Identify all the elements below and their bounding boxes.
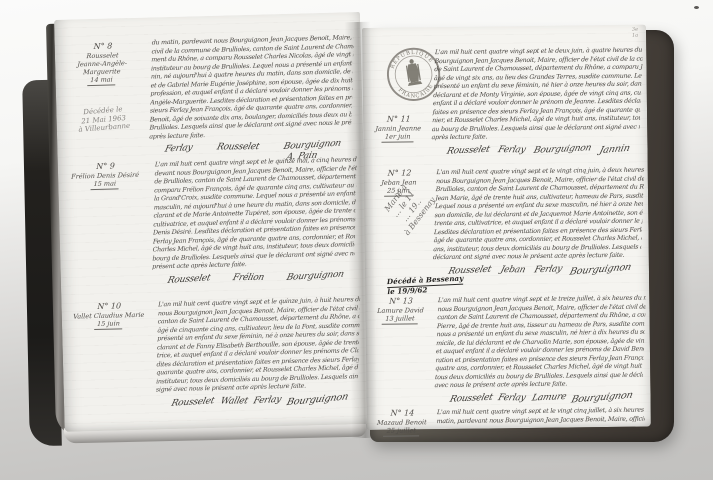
- signature: Bourguignon: [286, 269, 345, 283]
- act-body-14: L'an mil huit cent quatre vingt sept et …: [436, 407, 645, 427]
- act-body-9: L'an mil huit cent quatre vingt sept et …: [152, 156, 357, 285]
- body-lines: L'an mil huit cent quatre vingt sept et …: [156, 296, 360, 395]
- margin-lines: Frélion Denis Désiré15 mai: [64, 171, 147, 191]
- manuscript-line: matin, pardevant nous Bourguignon Jean J…: [436, 415, 644, 426]
- signature: Ferlay: [497, 145, 527, 156]
- margin-line: 1er juin: [382, 132, 414, 142]
- signature: Frélion: [232, 272, 266, 282]
- body-lines: L'an mil huit cent quatre vingt sept et …: [431, 47, 643, 143]
- margin-line: 14 mai: [87, 75, 116, 86]
- death-margin-annotation: Décédé à Bessenayle 19/9/62: [387, 272, 528, 297]
- pencil-death-annotation: Décédée le21 Mai 1963à Villeurbanne: [60, 103, 148, 135]
- margin-line: 13 juillet: [382, 314, 418, 324]
- margin-line: 25 juillet: [383, 426, 419, 436]
- act-body-11: L'an mil huit cent quatre vingt sept et …: [431, 47, 643, 157]
- margin-line: 15 mai: [90, 179, 119, 190]
- margin-line: Jeanne-Angèle-Marguerite: [61, 59, 144, 77]
- act-entry-10: N° 10 Vallet Claudius Marie15 juin L'an …: [61, 296, 367, 304]
- margin-lines: RousseletJeanne-Angèle-Marguerite14 mai: [60, 51, 143, 87]
- act-entry-8: N° 8 RousseletJeanne-Angèle-Marguerite14…: [55, 34, 361, 42]
- act-body-8: du matin, pardevant nous Bourguignon Jea…: [149, 34, 354, 165]
- signature: Rousselet: [448, 392, 493, 405]
- signature: Ferlay: [252, 394, 282, 407]
- manuscript-line: avec nous le présent acte après lecture …: [434, 380, 642, 391]
- body-lines: L'an mil huit cent quatre vingt sept et …: [433, 167, 645, 263]
- pencil-corner-scribbles: 3e1a: [632, 27, 638, 39]
- signature: Bourguignon: [570, 389, 634, 405]
- signature: Lamure: [530, 391, 567, 404]
- signature: Bourguignon: [569, 261, 633, 277]
- signature: Bourguignon: [532, 143, 592, 157]
- stamp-emblem-figure: [404, 58, 422, 86]
- margin-note-10: N° 10 Vallet Claudius Marie15 juin: [67, 302, 150, 331]
- scribble-line: 1a: [632, 33, 638, 39]
- signature: Ferlay: [532, 264, 562, 276]
- margin-note-9: N° 9 Frélion Denis Désiré15 mai: [64, 162, 147, 191]
- margin-lines: Vallet Claudius Marie15 juin: [67, 311, 150, 331]
- act-body-12: L'an mil huit cent quatre vingt sept et …: [432, 167, 644, 277]
- signature-row: RousseletFrélionBourguignon: [152, 270, 354, 285]
- photo-speck: [694, 6, 699, 9]
- signature-row: RousseletWalletFerlayBourguignon: [155, 393, 357, 409]
- signature: Ferlay: [497, 393, 527, 404]
- act-body-13: L'an mil huit cent quatre vingt sept et …: [434, 295, 646, 405]
- register-scan-photo: N° 8 RousseletJeanne-Angèle-Marguerite14…: [0, 0, 713, 480]
- body-lines: L'an mil huit cent quatre vingt sept et …: [434, 295, 646, 391]
- act-entry-12: N° 12 Jeban Jean25 juin L'an mil huit ce…: [364, 167, 648, 170]
- margin-line: 15 juin: [94, 319, 123, 330]
- signature: Wallet: [219, 396, 249, 407]
- signature-row: RousseletFerlayBourguignonJannin: [431, 143, 639, 157]
- left-page: N° 8 RousseletJeanne-Angèle-Marguerite14…: [54, 12, 371, 432]
- signature: Ferlay: [164, 143, 194, 155]
- signature: Rousselet: [170, 396, 215, 410]
- act-entry-14: N° 14 Mazaud Benoit25 juillet L'an mil h…: [367, 407, 651, 410]
- margin-note-13: N° 13 Lamure David13 juillet: [367, 297, 435, 325]
- body-lines: L'an mil huit cent quatre vingt sept et …: [152, 156, 357, 272]
- margin-note-14: N° 14 Mazaud Benoit25 juillet: [368, 409, 436, 437]
- signature-row: RousseletFerlayLamureBourguignon: [434, 391, 642, 405]
- act-number: N° 14: [369, 409, 435, 418]
- signature: Rousselet: [445, 144, 490, 157]
- signature: Jannin: [598, 142, 631, 155]
- act-number: N° 11: [366, 115, 432, 124]
- margin-note-11: N° 11 Jannin Jeanne1er juin: [364, 115, 432, 143]
- manuscript-line: après lecture faite.: [431, 132, 639, 143]
- margin-lines: Jannin Jeanne1er juin: [364, 124, 431, 143]
- right-page: RÉPUBLIQUE FRANÇAISE 3e1a N° 11 Jannin J…: [362, 25, 651, 430]
- body-lines: du matin, pardevant nous Bourguignon Jea…: [149, 34, 354, 141]
- margin-lines: Lamure David13 juillet: [367, 306, 434, 325]
- act-number: N° 13: [368, 297, 434, 306]
- signature: Rousselet: [166, 273, 211, 286]
- signature: Bourguignon: [286, 391, 350, 408]
- margin-note-8: N° 8 RousseletJeanne-Angèle-Marguerite14…: [60, 42, 144, 87]
- margin-lines: Mazaud Benoit25 juillet: [368, 418, 435, 437]
- manuscript-line: déclarant ont signé avec nous le présent…: [433, 252, 641, 263]
- signature: Rousselet: [216, 142, 261, 152]
- body-lines: L'an mil huit cent quatre vingt sept et …: [436, 407, 645, 427]
- act-body-10: L'an mil huit cent quatre vingt sept et …: [155, 296, 360, 409]
